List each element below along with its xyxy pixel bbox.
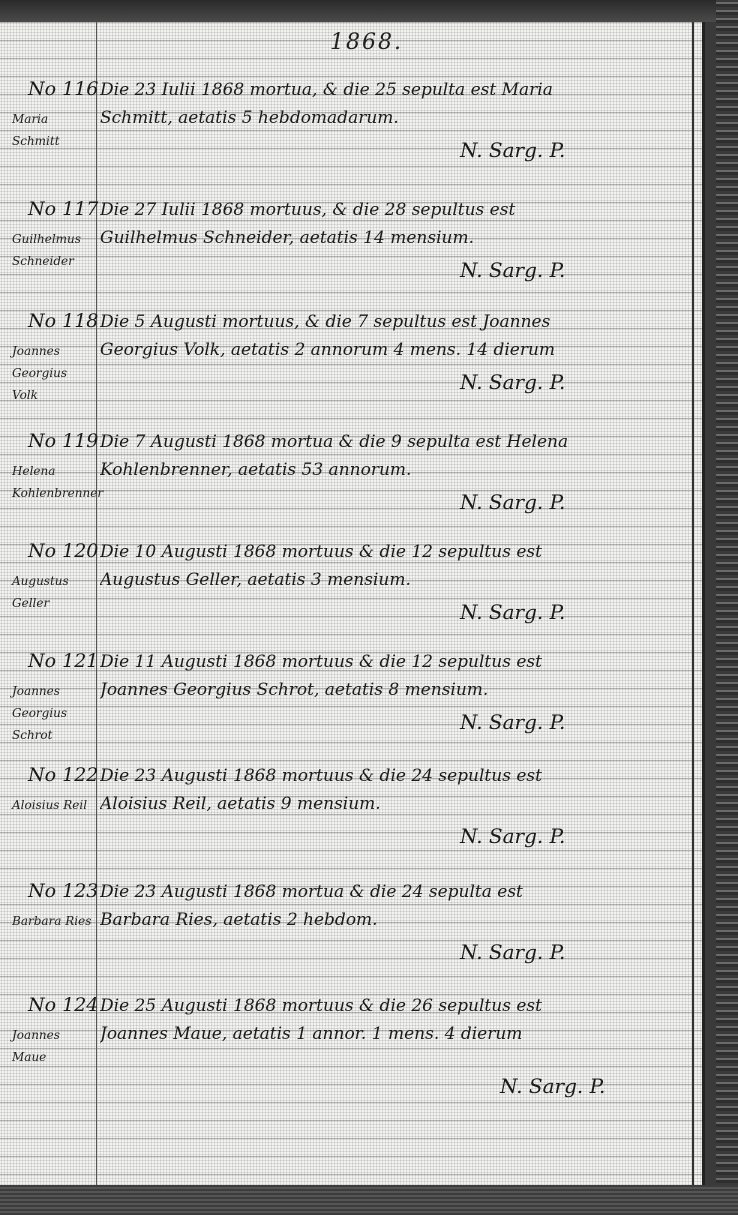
- entry-margin-name: Aloisius Reil: [12, 794, 94, 816]
- entry-number: No 124: [28, 994, 98, 1016]
- entry-signature: N. Sarg. P.: [460, 824, 565, 848]
- entry-signature: N. Sarg. P.: [460, 258, 565, 282]
- year-header: 1868.: [330, 30, 403, 55]
- entry-number: No 123: [28, 880, 98, 902]
- scan-border-right: [716, 0, 738, 1215]
- entry-margin-name: Joannes Georgius Schrot: [12, 680, 94, 746]
- entry-margin-name: Barbara Ries: [12, 910, 94, 932]
- entry-text-line-1: Die 23 Augusti 1868 mortuus & die 24 sep…: [100, 766, 690, 786]
- entry-text-line-1: Die 23 Augusti 1868 mortua & die 24 sepu…: [100, 882, 690, 902]
- scan-border-top: [0, 0, 738, 22]
- entry-text-line-2: Schmitt, aetatis 5 hebdomadarum.: [100, 108, 690, 128]
- entry-number: No 119: [28, 430, 98, 452]
- entry-number: No 117: [28, 198, 98, 220]
- entry-number: No 116: [28, 78, 98, 100]
- entry-text-line-1: Die 23 Iulii 1868 mortua, & die 25 sepul…: [100, 80, 690, 100]
- entry-text-line-1: Die 11 Augusti 1868 mortuus & die 12 sep…: [100, 652, 690, 672]
- entry-number: No 118: [28, 310, 98, 332]
- scan-border-bottom: [0, 1185, 738, 1215]
- entry-text-line-2: Joannes Georgius Schrot, aetatis 8 mensi…: [100, 680, 690, 700]
- entry-signature: N. Sarg. P.: [460, 600, 565, 624]
- entry-margin-name: Helena Kohlenbrenner: [12, 460, 94, 504]
- entry-text-line-1: Die 27 Iulii 1868 mortuus, & die 28 sepu…: [100, 200, 690, 220]
- entry-text-line-1: Die 25 Augusti 1868 mortuus & die 26 sep…: [100, 996, 690, 1016]
- entry-text-line-2: Augustus Geller, aetatis 3 mensium.: [100, 570, 690, 590]
- entry-margin-name: Maria Schmitt: [12, 108, 94, 152]
- entry-signature: N. Sarg. P.: [460, 940, 565, 964]
- entry-margin-name: Augustus Geller: [12, 570, 94, 614]
- entry-number: No 122: [28, 764, 98, 786]
- right-rule: [692, 22, 694, 1185]
- entry-signature: N. Sarg. P.: [500, 1074, 605, 1098]
- entry-signature: N. Sarg. P.: [460, 490, 565, 514]
- entry-text-line-1: Die 5 Augusti mortuus, & die 7 sepultus …: [100, 312, 690, 332]
- register-page: 1868. No 116 Maria Schmitt Die 23 Iulii …: [0, 22, 705, 1185]
- entry-margin-name: Guilhelmus Schneider: [12, 228, 94, 272]
- entry-signature: N. Sarg. P.: [460, 138, 565, 162]
- entry-text-line-2: Barbara Ries, aetatis 2 hebdom.: [100, 910, 690, 930]
- entry-text-line-2: Guilhelmus Schneider, aetatis 14 mensium…: [100, 228, 690, 248]
- entry-text-line-2: Georgius Volk, aetatis 2 annorum 4 mens.…: [100, 340, 690, 360]
- entry-text-line-2: Aloisius Reil, aetatis 9 mensium.: [100, 794, 690, 814]
- entry-signature: N. Sarg. P.: [460, 370, 565, 394]
- entry-text-line-1: Die 7 Augusti 1868 mortua & die 9 sepult…: [100, 432, 690, 452]
- entry-text-line-2: Kohlenbrenner, aetatis 53 annorum.: [100, 460, 690, 480]
- entry-signature: N. Sarg. P.: [460, 710, 565, 734]
- entry-margin-name: Joannes Georgius Volk: [12, 340, 94, 406]
- entry-text-line-2: Joannes Maue, aetatis 1 annor. 1 mens. 4…: [100, 1024, 690, 1044]
- entry-number: No 120: [28, 540, 98, 562]
- entry-number: No 121: [28, 650, 98, 672]
- entry-margin-name: Joannes Maue: [12, 1024, 94, 1068]
- entry-text-line-1: Die 10 Augusti 1868 mortuus & die 12 sep…: [100, 542, 690, 562]
